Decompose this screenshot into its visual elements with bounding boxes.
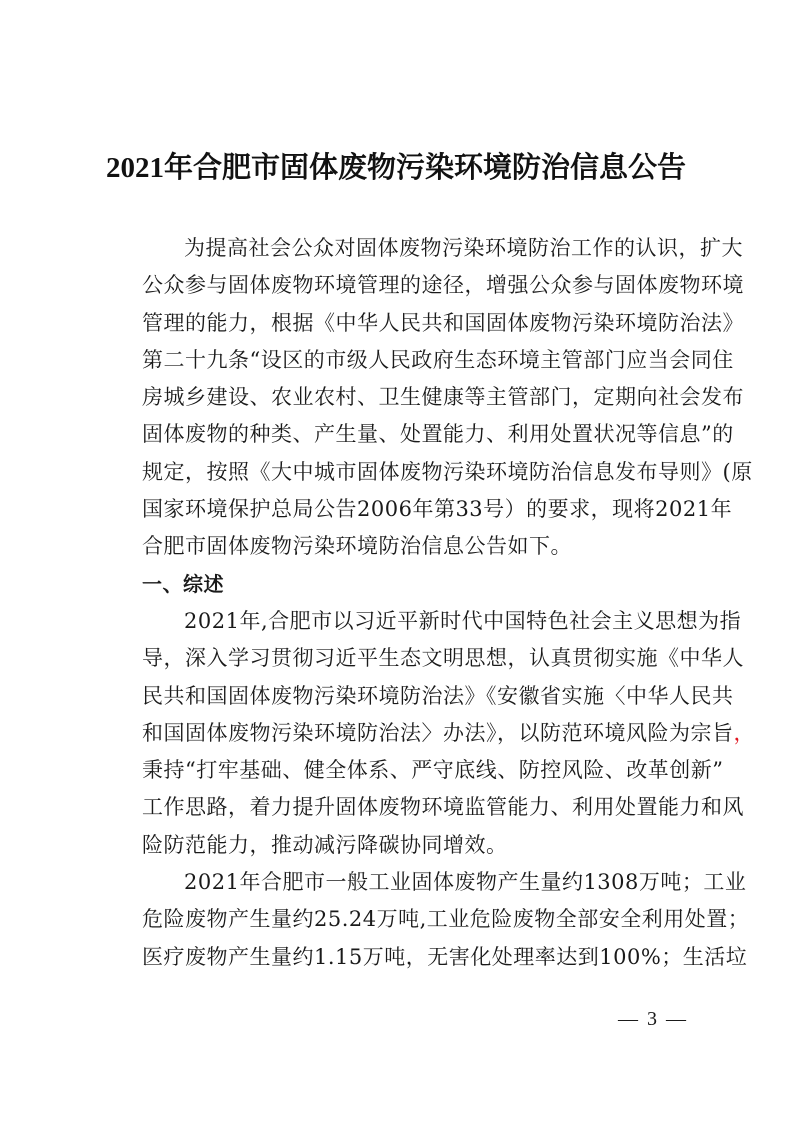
page-number: — 3 — [618,1008,688,1031]
text-line-with-mark: 和国固体废物污染环境防治法〉办法》，以防范环境风险为宗旨， [100,715,692,752]
overview-paragraph-1: 2021年,合肥市以习近平新时代中国特色社会主义思想为指 导，深入学习贯彻习近平… [100,603,692,864]
text-line: 第二十九条“设区的市级人民政府生态环境主管部门应当会同住 [100,342,692,379]
text-line: 医疗废物产生量约1.15万吨，无害化处理率达到100%；生活垃 [100,939,692,976]
document-title: 2021年合肥市固体废物污染环境防治信息公告 [98,146,694,190]
intro-paragraph: 为提高社会公众对固体废物污染环境防治工作的认识，扩大 公众参与固体废物环境管理的… [100,230,692,566]
section-heading-overview: 一、综述 [100,566,692,603]
red-comma-mark: ， [734,721,756,745]
text-line: 2021年合肥市一般工业固体废物产生量约1308万吨；工业 [100,864,692,901]
text-line: 险防范能力，推动减污降碳协同增效。 [100,827,692,864]
text-line: 公众参与固体废物环境管理的途径，增强公众参与固体废物环境 [100,267,692,304]
text-line: 为提高社会公众对固体废物污染环境防治工作的认识，扩大 [100,230,692,267]
document-body: 为提高社会公众对固体废物污染环境防治工作的认识，扩大 公众参与固体废物环境管理的… [100,230,692,976]
text-line: 2021年,合肥市以习近平新时代中国特色社会主义思想为指 [100,603,692,640]
text-line: 房城乡建设、农业农村、卫生健康等主管部门，定期向社会发布 [100,379,692,416]
overview-paragraph-2: 2021年合肥市一般工业固体废物产生量约1308万吨；工业 危险废物产生量约25… [100,864,692,976]
text-line: 国家环境保护总局公告2006年第33号）的要求，现将2021年 [100,491,692,528]
text-segment: 和国固体废物污染环境防治法〉办法》，以防范环境风险为宗旨 [142,721,734,745]
text-line: 固体废物的种类、产生量、处置能力、利用处置状况等信息”的 [100,416,692,453]
text-line: 危险废物产生量约25.24万吨,工业危险废物全部安全利用处置； [100,901,692,938]
text-line: 管理的能力，根据《中华人民共和国固体废物污染环境防治法》 [100,305,692,342]
text-line: 民共和国固体废物污染环境防治法》《安徽省实施〈中华人民共 [100,678,692,715]
text-line: 导，深入学习贯彻习近平生态文明思想，认真贯彻实施《中华人 [100,640,692,677]
text-line: 工作思路，着力提升固体废物环境监管能力、利用处置能力和风 [100,789,692,826]
text-line: 规定，按照《大中城市固体废物污染环境防治信息发布导则》(原 [100,454,692,491]
text-line: 秉持“打牢基础、健全体系、严守底线、防控风险、改革创新” [100,752,692,789]
text-line: 合肥市固体废物污染环境防治信息公告如下。 [100,528,692,565]
